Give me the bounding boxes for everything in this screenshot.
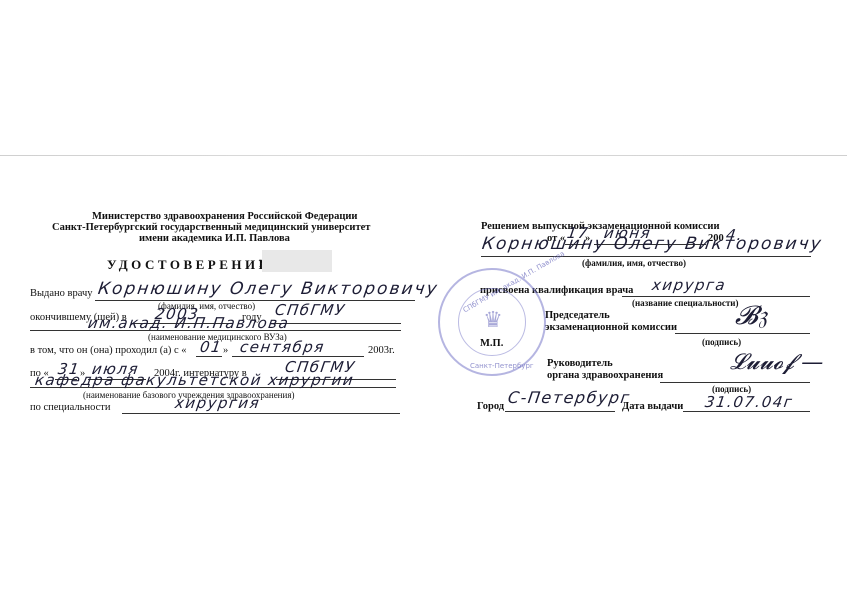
signature-hint-1: (подпись) — [702, 338, 741, 347]
base-handwritten-2: кафедра факультетской хирургии — [34, 373, 355, 388]
chairman-label-2: экзаменационной комиссии — [545, 323, 677, 334]
issued-line — [95, 300, 415, 301]
decision-label: Решением выпускной экзаменационной комис… — [481, 222, 720, 233]
issue-date-line — [683, 411, 810, 412]
right-name-line — [481, 256, 811, 257]
university-handwritten-2: им.акад. И.П.Павлова — [87, 316, 290, 331]
certificate-title: УДОСТОВЕРЕНИЕ — [107, 258, 271, 271]
city-line — [505, 411, 615, 412]
qualification-line — [622, 296, 810, 297]
start-day-line — [196, 356, 222, 357]
specialty-value: хирургия — [174, 396, 261, 411]
seal-city: Санкт-Петербург — [470, 362, 534, 370]
double-headed-eagle-icon: ♛ — [481, 309, 505, 335]
qualification-hint: (название специальности) — [632, 299, 739, 308]
head-label-2: органа здравоохранения — [547, 371, 663, 382]
ministry-heading: Министерство здравоохранения Российской … — [92, 212, 357, 223]
issued-label: Выдано врачу — [30, 289, 93, 300]
head-signature-line — [660, 382, 810, 383]
issue-date-label: Дата выдачи — [622, 402, 683, 413]
university-heading: Санкт-Петербургский государственный меди… — [52, 223, 370, 234]
paper-fold-line — [0, 155, 847, 156]
head-signature: 𝓛𝓾𝓾𝓸𝓯 — — [730, 352, 823, 374]
chairman-label-1: Председатель — [545, 311, 610, 322]
right-name-hint: (фамилия, имя, отчество) — [582, 259, 686, 268]
redacted-number — [262, 250, 332, 272]
head-label-1: Руководитель — [547, 359, 613, 370]
university-line-1 — [270, 323, 401, 324]
start-year: 2003г. — [368, 346, 395, 357]
start-month: сентября — [239, 340, 326, 355]
issue-date: 31.07.04г — [704, 395, 794, 410]
issued-to-name: Корнюшину Олегу Викторовичу — [97, 281, 440, 298]
chairman-signature: 𝓑𝔷 — [735, 303, 767, 329]
university-named-after: имени академика И.П. Павлова — [139, 234, 290, 245]
start-month-line — [232, 356, 364, 357]
start-day: 01 — [199, 340, 223, 355]
start-quote: » — [223, 346, 228, 357]
specialty-label: по специальности — [30, 403, 110, 414]
chairman-signature-line — [675, 333, 810, 334]
official-seal: ♛ СПбГМУ им. акад. И.П. Павлова Санкт-Пе… — [438, 268, 546, 376]
city-value: С-Петербург — [507, 390, 632, 406]
passed-label: в том, что он (она) проходил (а) с « — [30, 346, 187, 357]
right-name: Корнюшину Олегу Викторовичу — [481, 236, 824, 253]
city-label: Город — [477, 402, 504, 413]
specialty-line — [122, 413, 400, 414]
qualification-value: хирурга — [651, 278, 727, 293]
